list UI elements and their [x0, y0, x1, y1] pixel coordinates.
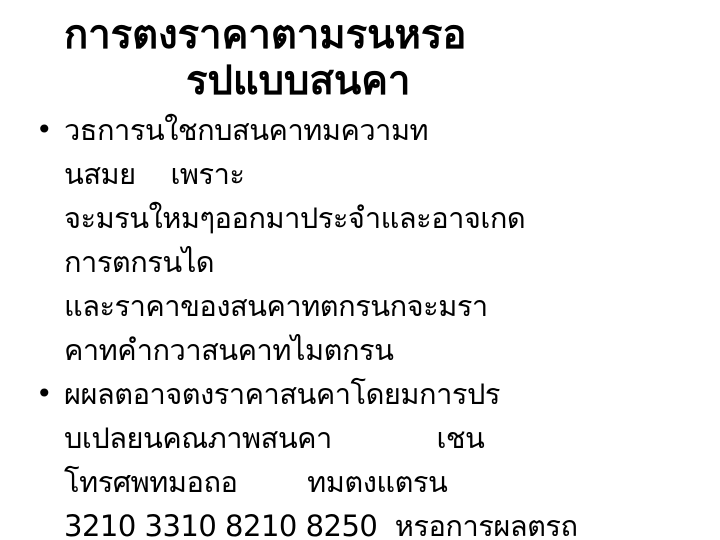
- slide: การตงราคาตามรนหรอ รปแบบสนคา • วธการนใชกบ…: [0, 0, 720, 540]
- text-line: วธการนใชกบสนคาทมความท: [64, 108, 720, 152]
- bullet-dot-icon: •: [36, 372, 53, 416]
- text-line: นสมย เพราะ: [64, 152, 720, 196]
- text-line: ผผลตอาจตงราคาสนคาโดยมการปร: [64, 372, 720, 416]
- text-line: จะมรนใหมๆออกมาประจำและอาจเกด: [64, 196, 720, 240]
- bullet-item-2: • ผผลตอาจตงราคาสนคาโดยมการปร บเปลยนคณภาพ…: [0, 372, 720, 540]
- text-line: 3210 3310 8210 8250 หรอการผลตรถ: [64, 504, 720, 540]
- bullet-dot-icon: •: [36, 108, 53, 152]
- slide-title-line-2: รปแบบสนคา: [186, 58, 410, 104]
- slide-body: • วธการนใชกบสนคาทมความท นสมย เพราะ จะมรน…: [0, 108, 720, 540]
- text-line: โทรศพทมอถอ ทมตงแตรน: [64, 460, 720, 504]
- text-line: การตกรนได: [64, 240, 720, 284]
- bullet-item-1: • วธการนใชกบสนคาทมความท นสมย เพราะ จะมรน…: [0, 108, 720, 372]
- bullet-text: วธการนใชกบสนคาทมความท นสมย เพราะ จะมรนให…: [64, 108, 720, 372]
- text-line: บเปลยนคณภาพสนคา เชน: [64, 416, 720, 460]
- bullet-text: ผผลตอาจตงราคาสนคาโดยมการปร บเปลยนคณภาพสน…: [64, 372, 720, 540]
- slide-title-line-1: การตงราคาตามรนหรอ: [64, 12, 466, 58]
- text-line: คาทคำกวาสนคาทไมตกรน: [64, 328, 720, 372]
- text-line: และราคาของสนคาทตกรนกจะมรา: [64, 284, 720, 328]
